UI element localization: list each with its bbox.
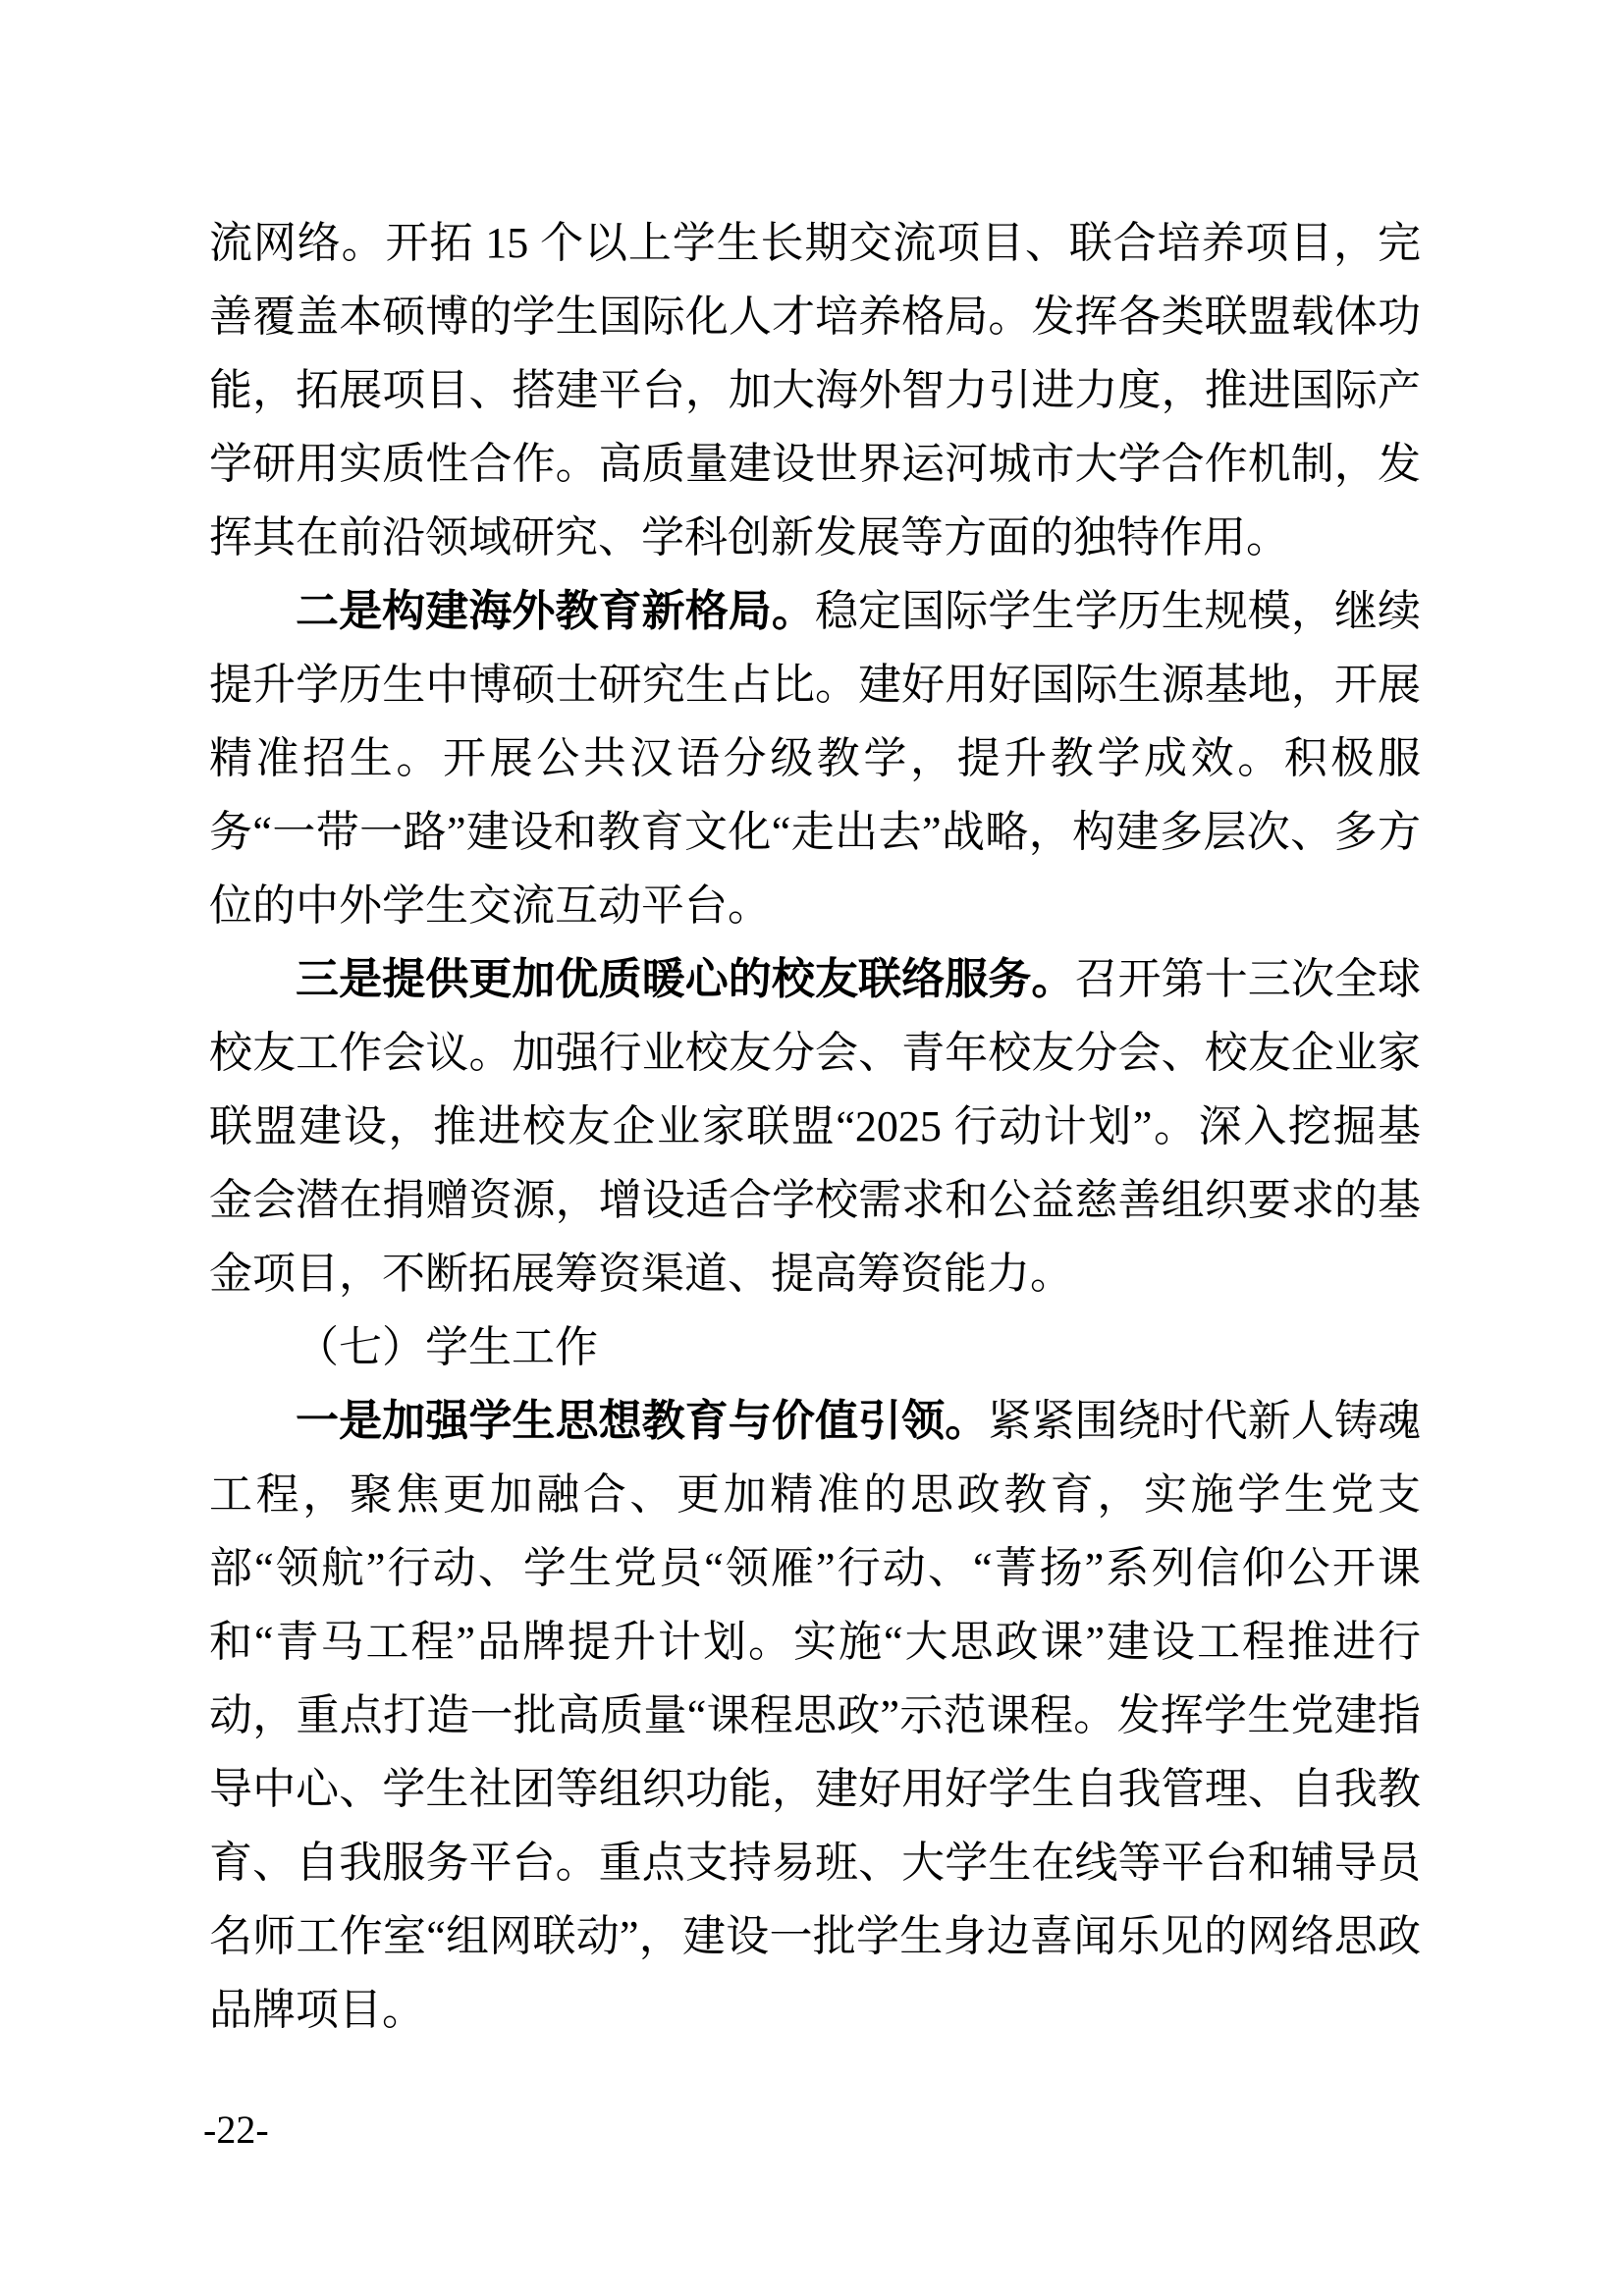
document-page: 流网络。开拓 15 个以上学生长期交流项目、联合培养项目，完善覆盖本硕博的学生国…	[0, 0, 1624, 2296]
paragraph-ideological-education: 一是加强学生思想教育与价值引领。紧紧围绕时代新人铸魂工程，聚焦更加融合、更加精准…	[209, 1384, 1421, 2047]
section-heading-student-work-text: （七）学生工作	[296, 1323, 598, 1371]
paragraph-alumni-service-text: 召开第十三次全球校友工作会议。加强行业校友分会、青年校友分会、校友企业家联盟建设…	[209, 955, 1421, 1298]
paragraph-ideological-education-lead: 一是加强学生思想教育与价值引领。	[296, 1397, 988, 1445]
paragraph-alumni-service: 三是提供更加优质暖心的校友联络服务。召开第十三次全球校友工作会议。加强行业校友分…	[209, 942, 1421, 1310]
paragraph-ideological-education-text: 紧紧围绕时代新人铸魂工程，聚焦更加融合、更加精准的思政教育，实施学生党支部“领航…	[209, 1397, 1421, 2034]
page-number: -22-	[203, 2107, 269, 2154]
paragraph-overseas-education: 二是构建海外教育新格局。稳定国际学生学历生规模，继续提升学历生中博硕士研究生占比…	[209, 574, 1421, 942]
paragraph-alumni-service-lead: 三是提供更加优质暖心的校友联络服务。	[296, 955, 1074, 1003]
paragraph-continuation: 流网络。开拓 15 个以上学生长期交流项目、联合培养项目，完善覆盖本硕博的学生国…	[209, 206, 1421, 574]
paragraph-overseas-education-lead: 二是构建海外教育新格局。	[296, 587, 815, 635]
section-heading-student-work: （七）学生工作	[209, 1310, 1421, 1384]
paragraph-overseas-education-text: 稳定国际学生学历生规模，继续提升学历生中博硕士研究生占比。建好用好国际生源基地，…	[209, 587, 1421, 930]
body-text-block: 流网络。开拓 15 个以上学生长期交流项目、联合培养项目，完善覆盖本硕博的学生国…	[209, 206, 1421, 2047]
paragraph-continuation-text: 流网络。开拓 15 个以上学生长期交流项目、联合培养项目，完善覆盖本硕博的学生国…	[209, 219, 1421, 561]
